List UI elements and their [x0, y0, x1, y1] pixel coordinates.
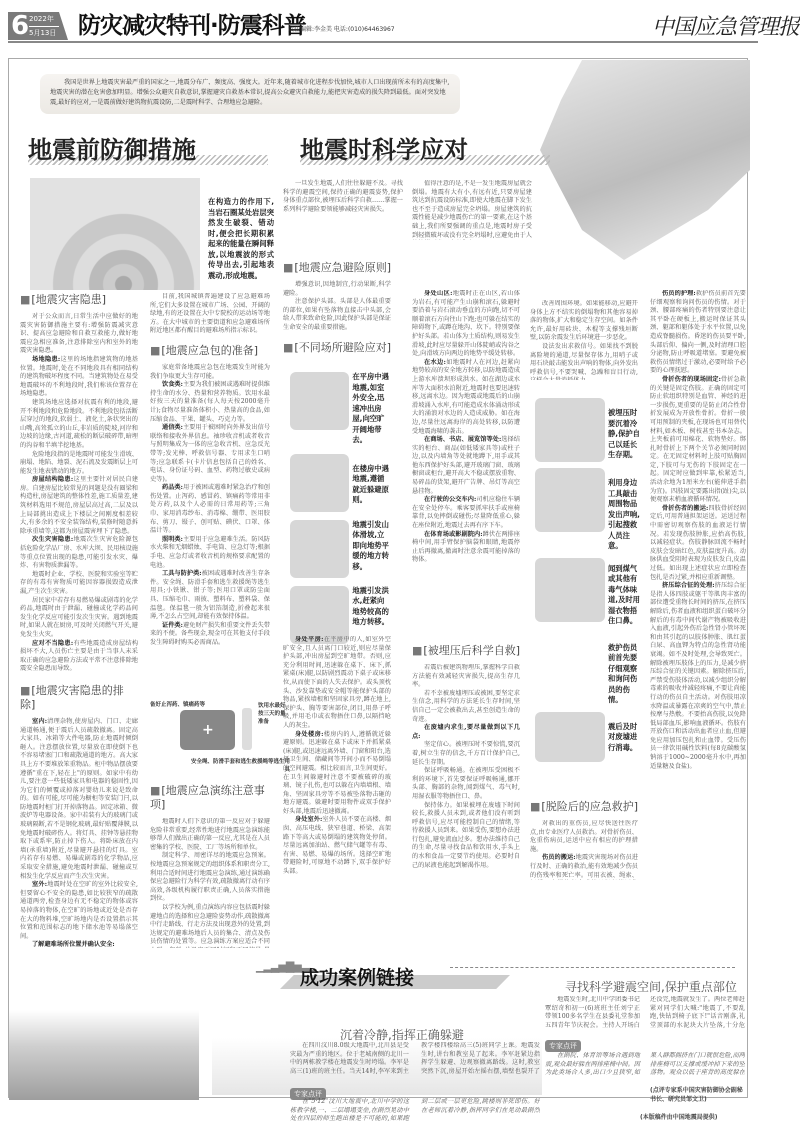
- self-rescue-paragraph: 若不幸被废墟埋压或被困,要坚定求生信念,用科学的方法延长生存时间,坚信自己一定会…: [412, 690, 520, 724]
- case1-title: 沉着冷静,指挥正确躲避: [340, 1026, 464, 1043]
- hazard-item: 建筑场地应选择对抗震有利的地段,避开不利地段和危险地段。不利地段包括活断层穿过的…: [20, 399, 138, 451]
- illustration-caption: 被埋压时要沉着冷静,保护自己以延长生存期。: [608, 398, 642, 462]
- illustration-caption: 在平房中遇地震,如室外安全,迅速冲出房屋,向空旷开阔地带去。: [352, 372, 390, 446]
- drill-paragraph: 制定科学、周密详尽的地震应急预案。按地震应急预案规定的组织体系和职责分工,利用合…: [150, 852, 270, 904]
- right-intro-1: 一旦发生地震,人们往往躲避不及。寻找科学的避震空间,保持正确的避震姿势,保护身体…: [283, 180, 403, 214]
- illustration-caption: 救护伤员前首先要仔细观察和询问伤员的伤情。: [608, 633, 642, 706]
- drill-heading: [地震应急演练注意事项]: [150, 784, 270, 812]
- right-intro-2: 值得注意的是,不是一发生地震房屋就会倒塌。地震有大有小,有远有近,只要房屋建筑达…: [412, 180, 532, 240]
- issue-year: 2022年: [29, 14, 59, 25]
- drill-column: [地震应急演练注意事项] 地震时人们下意识的第一反应对于躲避危险非常重要,经常性…: [150, 784, 270, 948]
- self-rescue-point: 设法发出求救信号。如果找不到脱离险境的通道,尽量保存体力,用哨子或用石块敲击能发…: [530, 343, 638, 380]
- illustration-caption: 闻到煤气或其他有毒气体味道,及时用湿衣物捂住口鼻。: [608, 558, 642, 627]
- self-rescue-point: 改善周围环境。如果能移动,应避开身体上方不结实的倒塌物和其他容易掉落的物体,扩大…: [530, 300, 638, 343]
- issue-date: 2022年 5月13日: [29, 14, 59, 39]
- places-text-b: 身处山区:地震时正在山区,若山体为岩石,有可能产生山崩和滚石,躲避时要沿着与岩石…: [412, 290, 520, 650]
- newspaper-logo: 中国应急管理报: [652, 10, 799, 41]
- illustration-row: 利用身边工具敲击周围物品发出声响,引起搜救人员注意。: [535, 468, 643, 552]
- place-item: 在体育场或影剧院内:蹲伏在两排座椅中间,用手臂保护脑袋和眼睛,地震停止后再撤离,…: [412, 531, 520, 565]
- kit-item: 照明类:主要用于应急避难生活。防风防水火柴和无烟蜡烛、手电筒、应急灯等;根据手电…: [150, 536, 270, 570]
- case1-comment: 在"5·12"汶川大地震中,北川中学的这栋教学楼,一、二层塌塌变垒,在剧烈晃动中…: [290, 1098, 540, 1124]
- principle-paragraph: 注意保护头部。头部是人体最重要的部位,如果有坠落物直接击中头部,会给人带来致命危…: [283, 298, 391, 332]
- water-bottle-icon: [242, 708, 252, 750]
- commenter-line: (点评专家系中国灾害防御协会副秘书长、研究员邹文卫): [650, 1086, 745, 1104]
- first-aid-item: 伤员的护理:救护伤员前首先要仔细观察和询问伤员的伤情。对于颈、腰部疼痛的伤者特别…: [650, 290, 746, 376]
- illustration-row: 震后及时对废墟进行消毒。: [535, 712, 643, 762]
- left-section-header: 地震前防御措施: [28, 135, 268, 165]
- self-rescue-text-c: 改善周围环境。如果能移动,应避开身体上方不结实的倒塌物和其他容易掉落的物体,扩大…: [530, 300, 638, 380]
- left-section-title: 地震前防御措施: [28, 135, 268, 165]
- kit-heading: [地震应急包的准备]: [150, 344, 270, 358]
- illustration-row: 救护伤员前首先要仔细观察和询问伤员的伤情。: [535, 633, 643, 706]
- hazards-heading: [地震灾害隐患]: [20, 293, 138, 307]
- page-number: 6: [11, 12, 29, 40]
- self-rescue-illustrations: 被埋压时要沉着冷静,保护自己以延长生存期。 利用身边工具敲击周围物品发出声响,引…: [535, 398, 643, 762]
- landslide-illustration: [290, 520, 349, 578]
- removal-item: 了解避难场所位置并确认安全:: [20, 941, 138, 950]
- first-aid-item: 骨折伤者的现场固定:骨折急救的关键是固定伤肢。正确的固定可防止软组织特别是血管、…: [650, 376, 746, 505]
- removal-heading: [地震灾害隐患的排除]: [20, 684, 138, 712]
- shelter-text: 目前,我国城镇普遍建设了应急避难场所,它们大多设置在城市广场、公园、开阔的绿地,…: [150, 293, 270, 336]
- places-illustrations: 在平房中遇地震,如室外安全,迅速冲出房屋,向空旷开阔地带去。 在楼房中遇地震,遵…: [290, 372, 390, 644]
- removal-item: 室内:清理杂物,使房屋内、门口、走廊通道畅通,便于震后人员疏散撤离。固定高大家具…: [20, 718, 138, 881]
- illustration-row: 在楼房中遇地震,遵循就近躲避原则。: [290, 454, 390, 512]
- hazard-item: 场地隐患:这里的场地指建筑物的地基位置。地震时,处在不同地段具有相同结构的建筑物…: [20, 356, 138, 399]
- illustration-row: 地震引发山体滑坡,立即向地势平缓的地方转移。: [290, 520, 390, 578]
- case2-expert-badge: 专家点评: [545, 1040, 581, 1052]
- diagram-caption: 在构造力的作用下,当岩石圈某处岩层突然发生破裂、错动时,便会把长期积累起来的能量…: [208, 197, 274, 281]
- place-item: 身处楼房:楼房内的人,遵循就近躲避原则。迅速躲在桌下或床下并抓紧桌(床)腿,或迅…: [283, 731, 391, 817]
- hazard-item: 居民家中若存有易燃易爆或剧毒的化学药品,地震时由于泄漏、碰撞或化学药品间发生化学…: [20, 597, 138, 640]
- first-aid-case-icon: +: [180, 710, 235, 750]
- drill-paragraph: 以学校为例,重点演练内容应包括震时躲避地点的选择和应急避险姿势动作,疏散撤离中行…: [150, 904, 270, 948]
- illustration-row: 闻到煤气或其他有毒气体味道,及时用湿衣物捂住口鼻。: [535, 558, 643, 627]
- self-rescue-column: [被埋压后科学自救] 若震后被建筑物埋压,掌握科学自救方法能有效减轻灾害损失,提…: [412, 644, 520, 904]
- self-rescue-bold: 在废墟内求生,要尽量做到以下几点:: [412, 724, 520, 740]
- hazard-item: 地震时企业、学校、医院和实验室等贮存的有毒有害物质可能因容器损毁造成泄漏,产生次…: [20, 571, 138, 597]
- principles-column: [地震应急避险原则] 增强意识,因地制宜,行动果断,科学避险。 注意保护头部。头…: [283, 261, 391, 355]
- place-item: 身处平房:在平房中的人,如室外空旷安全,且人员离门口较近,则应尽量保护头部,冲出…: [283, 636, 391, 731]
- places-heading: [不同场所避险应对]: [283, 341, 391, 355]
- principles-heading: [地震应急避险原则]: [283, 261, 391, 275]
- first-aid-text-d: 伤员的护理:救护伤员前首先要仔细观察和询问伤员的伤情。对于颈、腰部疼痛的伤者特别…: [650, 290, 746, 930]
- lead-paragraph: 我国是世界上地震灾害最严重的国家之一,地震分布广、频度高、强度大。近年来,随着城…: [40, 74, 460, 114]
- case-banner-title: 成功案例链接: [300, 963, 414, 990]
- kit-item: 证件类:避免财产损失和重要文件丢失带来的不便。备些现金,现金可在其他支付手段发生…: [150, 622, 270, 648]
- kit-intro: 家庭常备地震应急包在地震发生时能为我们争取更大生存可能。: [150, 364, 270, 381]
- hazards-column: [地震灾害隐患] 对于公众而言,日常生活中应做好的地震灾害防御措施主要有:增强防…: [20, 293, 138, 950]
- illustration-caption: 在楼房中遇地震,遵循就近躲避原则。: [352, 454, 390, 512]
- knock-signal-illustration: [535, 468, 605, 532]
- case2-comment-text: 在剧院、体育馆等场合遇到地震,观众最好躲在两排座椅中间。因为此类场合人多,出口少…: [545, 1052, 745, 1086]
- first-aid-intro: 对救出的重伤员,应尽快送往医疗点,由专业医疗人员救治。对骨折伤员、危重伤病员,运…: [530, 820, 638, 854]
- place-item: 在水边:如地震时人在河边,赶紧向地势较高的安全地方转移,以防地震造成上游水库溃坝…: [412, 359, 520, 436]
- emergency-kit-image: 备好止泻药、镇痛药等 + 饮用水最好按三天的量准备 安全绳、防滑手套和逃生救援绳…: [150, 700, 290, 778]
- first-aid-heading: [脱险后的应急救护]: [530, 800, 638, 814]
- trapped-calm-illustration: [535, 398, 605, 462]
- meds-label: 备好止泻药、镇痛药等: [150, 700, 205, 708]
- case2-body: 地震发生时,北川中学团委书记覃绍奇和初一(6)班班主任刘宁正带领100多名学生在…: [545, 996, 745, 1038]
- place-item: 在商场、书店、展览馆等处:选择结实的柜台、商品(如低矮家具等)或柱子边,以及内墙…: [412, 436, 520, 496]
- first-aid-illustration: [535, 633, 605, 697]
- places-text-a: 身处平房:在平房中的人,如室外空旷安全,且人员离门口较近,则应尽量保护头部,冲出…: [283, 636, 391, 936]
- section-title: 防灾减灾特刊·防震科普: [78, 12, 306, 40]
- hazard-item: 危险地段指的是地震时可能发生滑坡、崩塌、地陷、地裂、泥石流及发震断层上可能发生地…: [20, 451, 138, 477]
- illustration-row: 在平房中遇地震,如室外安全,迅速冲出房屋,向空旷开阔地带去。: [290, 372, 390, 446]
- first-aid-item: 伤员的搬运:地震灾害现场对伤员进行及时、正确的救治,能有效地减少伤员的伤残率和死…: [530, 854, 638, 880]
- intro-paragraph: 一旦发生地震,人们往往躲避不及。寻找科学的避震空间,保持正确的避震姿势,保护身体…: [283, 180, 403, 214]
- first-aid-item: 骨折伤者的搬运:四肢骨折经固定后,可用普通担架运送。运送过程中需密切观察伤肢的血…: [650, 505, 746, 582]
- self-rescue-heading: [被埋压后科学自救]: [412, 644, 520, 658]
- issue-day: 5月13日: [29, 28, 59, 39]
- masthead-rule: [8, 41, 758, 43]
- right-section-title: 地震时科学应对: [300, 135, 550, 165]
- removal-item: 室外:地震时处在空旷的室外比较安全,但要留心不安全的隐患,如比较狭窄的疏散通道两…: [20, 881, 138, 941]
- illustration-caption: 利用身边工具敲击周围物品发出声响,引起搜救人员注意。: [608, 468, 642, 552]
- illustration-caption: 地震引发山体滑坡,立即向地势平缓的地方转移。: [352, 520, 390, 578]
- illustration-caption: 地震引发洪水,赶紧向地势较高的地方转移。: [352, 586, 390, 644]
- cover-nose-illustration: [535, 558, 605, 622]
- case1-text: 在四川汶川8.0级大地震中,北川县是受灾最为严重的地区。位于老城南侧的北川一中的…: [290, 1042, 540, 1084]
- kit-item: 通信类:主要用于被困时向外界发出信号联络和接收外界信息。袖珍收音机或者收音与照明…: [150, 424, 270, 484]
- flood-escape-illustration: [290, 586, 349, 644]
- first-aid-item: 挤压综合征的处理:挤压综合征是指人体四肢或躯干等肌肉丰富的部位遭受重物长时间的挤…: [650, 582, 746, 771]
- case2-comment: 在剧院、体育馆等场合遇到地震,观众最好躲在两排座椅中间。因为此类场合人多,出口少…: [545, 1052, 745, 1086]
- self-rescue-point: 坚定信心。被埋压时不要惊慌,要沉着,树立生存的信念,千方百计保护自己,延长生存期…: [412, 741, 520, 767]
- principle-paragraph: 增强意识,因地制宜,行动果断,科学避险。: [283, 281, 391, 298]
- hazard-item: 次生灾害隐患:地震次生灾害危险源包括危险化学品厂房、水库大坝、民用核设施等重点位…: [20, 536, 138, 570]
- rescue-workers-photo: [9, 1010, 199, 1100]
- illustration-row: 被埋压时要沉着冷静,保护自己以延长生存期。: [535, 398, 643, 462]
- editor-line: 责任编辑:李金美 电话:(010)64463967: [288, 24, 395, 33]
- table-shelter-illustration: [290, 454, 349, 512]
- case1-body: 在四川汶川8.0级大地震中,北川县是受灾最为严重的地区。位于老城南侧的北川一中的…: [290, 1042, 540, 1084]
- intro-paragraph: 值得注意的是,不是一发生地震房屋就会倒塌。地震有大有小,有远有近,只要房屋建筑达…: [412, 180, 532, 240]
- place-item: 在行驶的公交车内:司机应稳住车辆在安全处停车。乘客要抓牢扶手或座椅靠背,以免摔倒…: [412, 496, 520, 530]
- kit-item: 药品类:用于被困或遇难时紧急治疗和创伤处置。止泻药、感冒药、镇痛药等常用非处方药…: [150, 484, 270, 536]
- drill-paragraph: 地震时人们下意识的第一反应对于躲避危险非常重要,经常性地进行地震应急演练能够帮人…: [150, 818, 270, 852]
- self-rescue-point: 保证呼吸畅通。在被埋压受困极不利的环境下,首先要保证呼吸畅通,挪开头部、胸部的杂…: [412, 767, 520, 801]
- gear-label: 安全绳、防滑手套和逃生救援绳等逃生用具: [190, 758, 290, 774]
- hazard-item: 房屋结构隐患:这里主要针对居民自建房。自建房屋比较常见的问题是没有圈梁和构造柱,…: [20, 476, 138, 536]
- hazards-intro: 对于公众而言,日常生活中应做好的地震灾害防御措施主要有:增强防震减灾意识、提高应…: [20, 313, 138, 356]
- case2-title: 寻找科学避震空间,保护重点部位: [565, 978, 737, 995]
- disinfect-illustration: [535, 712, 605, 762]
- fault-rupture-diagram: [30, 178, 200, 290]
- case1-comment-text: 在"5·12"汶川大地震中,北川中学的这栋教学楼,一、二层塌塌变垒,在剧烈晃动中…: [290, 1098, 540, 1124]
- case2-text: 地震发生时,北川中学团委书记覃绍奇和初一(6)班班主任刘宁正带领100多名学生在…: [545, 996, 745, 1038]
- place-item: 身处山区:地震时正在山区,若山体为岩石,有可能产生山崩和滚石,躲避时要沿着与岩石…: [412, 290, 520, 359]
- kit-item: 工具与防护类:被困或遇难时改善生存条件。安全绳、防滑手套和逃生救援绳等逃生用具;…: [150, 570, 270, 622]
- right-section-header: 地震时科学应对: [300, 135, 550, 165]
- place-item: 身处室外:室外人员不要在高楼、烟囱、高压电线、狭窄巷道、桥梁、高架路下等高大或易…: [283, 816, 391, 876]
- self-rescue-point: 保持体力。如果被埋在废墟下时间较长,救援人员未到,或者他们没有听到呼救信号,应尽…: [412, 802, 520, 871]
- illustration-caption: 震后及时对废墟进行消毒。: [608, 712, 642, 762]
- bungalow-escape-illustration: [290, 372, 349, 430]
- case-banner-dashline: [450, 967, 735, 968]
- source-line: (本版稿件由中国地震局提供): [640, 1112, 718, 1121]
- illustration-row: 地震引发洪水,赶紧向地势较高的地方转移。: [290, 586, 390, 644]
- first-aid-column: [脱险后的应急救护] 对救出的重伤员,应尽快送往医疗点,由专业医疗人员救治。对骨…: [530, 800, 638, 880]
- hazard-item: 应对不当隐患:有些地震造成房屋结构损坏不大,人员伤亡主要是由于当事人未采取正确的…: [20, 640, 138, 674]
- kit-item: 饮食类:主要为我们被困或遇难时提供维持生命的水分、热量和营养物质。饮用水最好按三…: [150, 381, 270, 424]
- self-rescue-paragraph: 若震后被建筑物埋压,掌握科学自救方法能有效减轻灾害损失,提高生存几率。: [412, 664, 520, 690]
